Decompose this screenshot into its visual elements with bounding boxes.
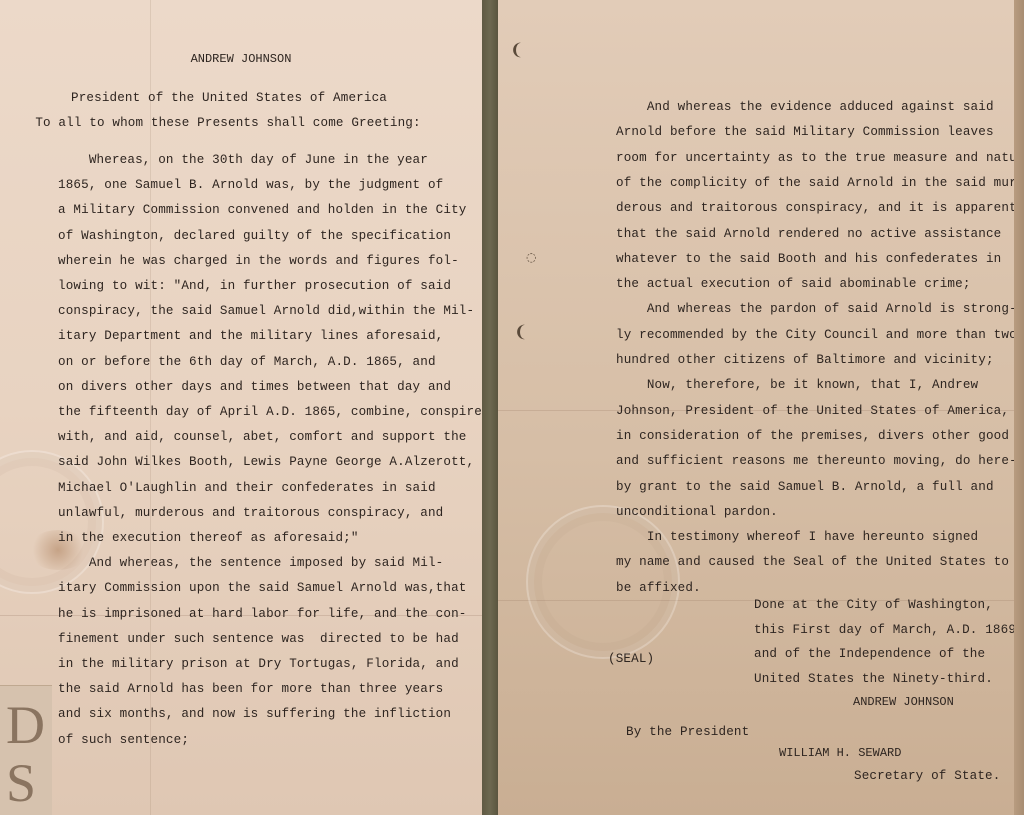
text-line: in consideration of the premises, divers… [616,429,1009,443]
text-line: In testimony whereof I have hereunto sig… [616,530,978,544]
text-line: he is imprisoned at hard labor for life,… [58,607,467,621]
attestation: By the President [626,725,749,739]
text-line: that the said Arnold rendered no active … [616,227,1001,241]
text-line: Johnson, President of the United States … [616,404,1009,418]
text-line: said John Wilkes Booth, Lewis Payne Geor… [58,455,474,469]
text-line: room for uncertainty as to the true meas… [616,151,1024,165]
logo-letter: D [6,698,45,752]
salutation-line: To all to whom these Presents shall come… [0,116,456,130]
text-line: unconditional pardon. [616,505,778,519]
text-line: in the execution thereof as aforesaid;" [58,531,359,545]
text-line: of such sentence; [58,733,189,747]
text-line: by grant to the said Samuel B. Arnold, a… [616,480,994,494]
text-line: lowing to wit: "And, in further prosecut… [58,279,451,293]
text-line: ly recommended by the City Council and m… [616,328,1017,342]
book-spine [482,0,498,815]
text-line: a Military Commission convened and holde… [58,203,467,217]
text-line: Whereas, on the 30th day of June in the … [58,153,428,167]
text-line: finement under such sentence was directe… [58,632,459,646]
text-line: derous and traitorous conspiracy, and it… [616,201,1017,215]
text-line: on divers other days and times between t… [58,380,451,394]
text-line: be affixed. [616,581,701,595]
text-line: conspiracy, the said Samuel Arnold did,w… [58,304,474,318]
text-line: of Washington, declared guilty of the sp… [58,229,451,243]
text-line: whatever to the said Booth and his confe… [616,252,1001,266]
page-edge [1014,0,1024,815]
countersignature: WILLIAM H. SEWARD [779,746,901,760]
text-line: 1865, one Samuel B. Arnold was, by the j… [58,178,443,192]
text-line: Done at the City of Washington, [754,598,993,612]
text-line: the fifteenth day of April A.D. 1865, co… [58,405,482,419]
publisher-logo: D S [0,685,52,815]
text-line: the actual execution of said abominable … [616,277,971,291]
embossed-seal [0,450,104,594]
seal-label: (SEAL) [608,652,654,666]
text-line: United States the Ninety-third. [754,672,993,686]
text-line: and six months, and now is suffering the… [58,707,451,721]
text-line: of the complicity of the said Arnold in … [616,176,1024,190]
logo-letter: S [6,756,36,810]
document-heading: ANDREW JOHNSON [0,52,482,66]
text-line: and sufficient reasons me thereunto movi… [616,454,1017,468]
right-page: ❨ ◌ ❨ And whereas the evidence adduced a… [498,0,1024,815]
text-line: Michael O'Laughlin and their confederate… [58,481,436,495]
text-line: on or before the 6th day of March, A.D. … [58,355,436,369]
text-line: hundred other citizens of Baltimore and … [616,353,994,367]
salutation-line: President of the United States of Americ… [0,91,458,105]
text-line: itary Commission upon the said Samuel Ar… [58,581,467,595]
text-line: my name and caused the Seal of the Unite… [616,555,1009,569]
text-line: Arnold before the said Military Commissi… [616,125,994,139]
binding-hole: ◌ [526,250,536,264]
signature: ANDREW JOHNSON [853,695,954,709]
text-line: And whereas the evidence adduced against… [616,100,994,114]
text-line: And whereas, the sentence imposed by sai… [58,556,443,570]
text-line: with, and aid, counsel, abet, comfort an… [58,430,467,444]
text-line: Now, therefore, be it known, that I, And… [616,378,978,392]
left-page: ANDREW JOHNSON President of the United S… [0,0,482,815]
text-line: unlawful, murderous and traitorous consp… [58,506,443,520]
text-line: in the military prison at Dry Tortugas, … [58,657,459,671]
countersignature-title: Secretary of State. [854,769,1000,783]
binding-hole: ❨ [514,322,527,341]
text-line: itary Department and the military lines … [58,329,443,343]
text-line: the said Arnold has been for more than t… [58,682,443,696]
text-line: wherein he was charged in the words and … [58,254,459,268]
text-line: this First day of March, A.D. 1869, [754,623,1024,637]
text-line: And whereas the pardon of said Arnold is… [616,302,1017,316]
binding-hole: ❨ [510,40,523,59]
text-line: and of the Independence of the [754,647,985,661]
